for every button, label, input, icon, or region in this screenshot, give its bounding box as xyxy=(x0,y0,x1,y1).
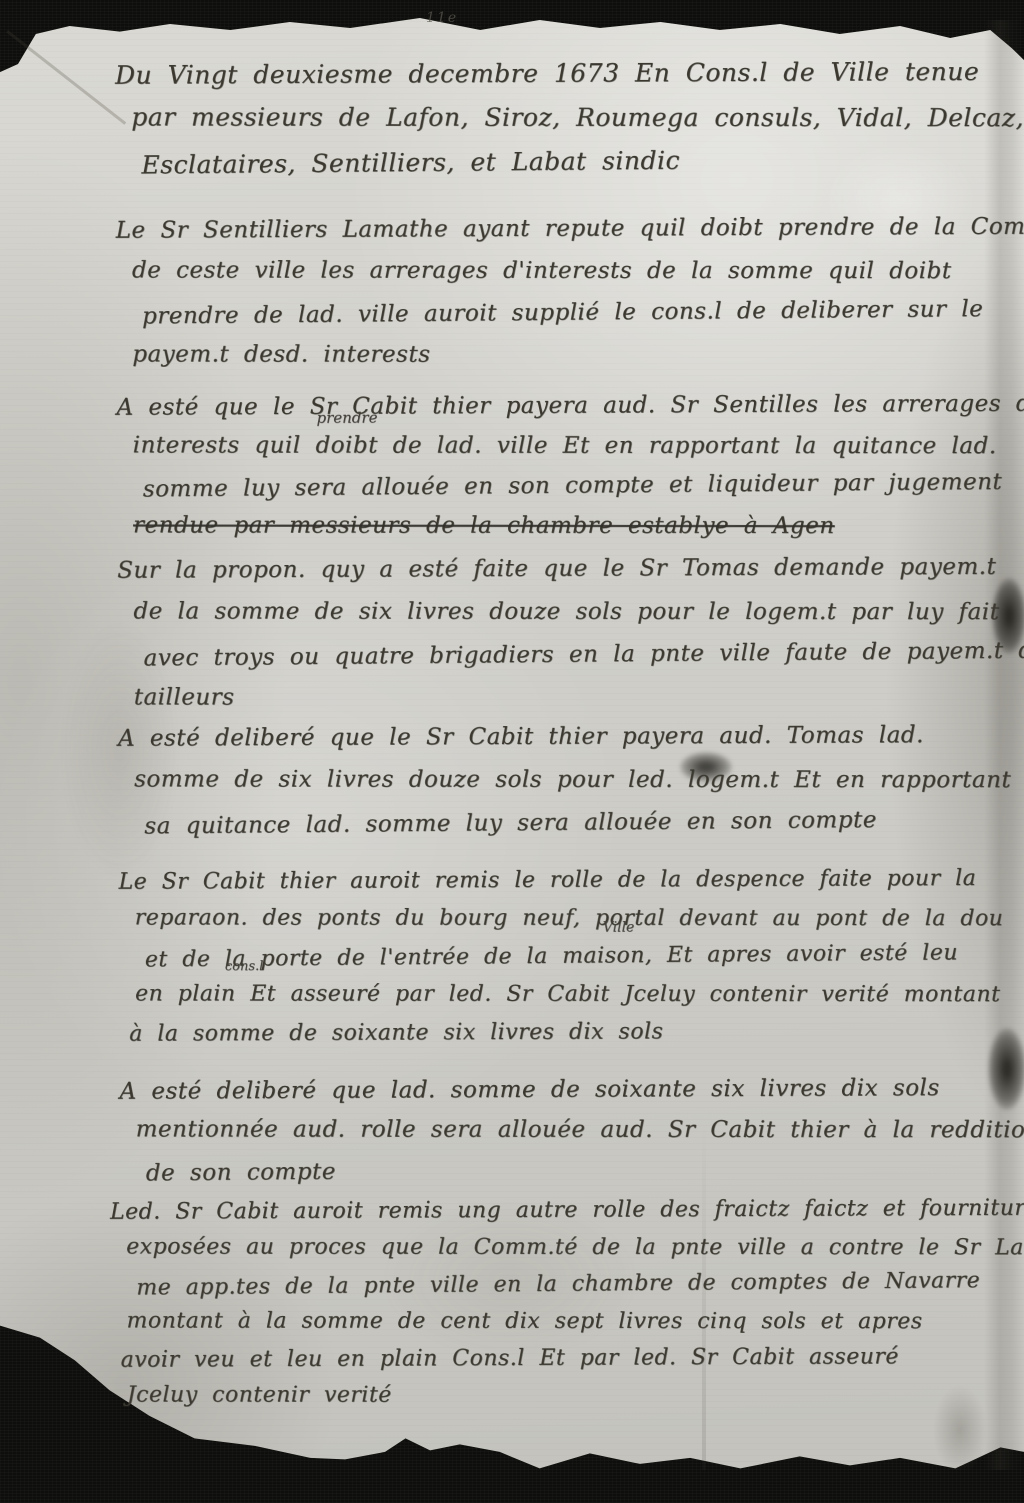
text-line: A esté que le Sr Cabit thier payera aud.… xyxy=(116,384,984,428)
paragraph-tomas-request: Sur la propon. quy a esté faite que le S… xyxy=(117,546,986,722)
text-line: reparaon. des ponts du bourg neuf, porta… xyxy=(135,899,987,938)
text-line: payem.t desd. interests xyxy=(132,333,984,376)
manuscript-scan-page: { "page": { "kind": "archival manuscript… xyxy=(0,0,1024,1503)
text-line: Jceluy contenir verité xyxy=(127,1376,979,1414)
text-line: somme luy sera allouée en son compte et … xyxy=(143,462,985,509)
text-line: par messieurs de Lafon, Siroz, Roumega c… xyxy=(131,95,983,140)
text-line: A esté deliberé que lad. somme de soixan… xyxy=(119,1068,987,1112)
text-line: Le Sr Sentilliers Lamathe ayant repute q… xyxy=(116,206,984,252)
paragraph-deliberation-rolle: A esté deliberé que lad. somme de soixan… xyxy=(119,1068,988,1192)
paragraph-deliberation-arrerages: A esté que le Sr Cabit thier payera aud.… xyxy=(116,384,985,548)
text-line: en plain Et asseuré par led. Sr Cabit Jc… xyxy=(135,975,987,1014)
paragraph-rolle-despence: Le Sr Cabit thier auroit remis le rolle … xyxy=(118,860,987,1054)
interline-insertion: Ville xyxy=(603,919,635,935)
text-line: de la somme de six livres douze sols pou… xyxy=(133,590,985,634)
handwritten-text-layer: Du Vingt deuxiesme decembre 1673 En Cons… xyxy=(0,0,1024,1503)
text-line: de son compte xyxy=(146,1146,988,1193)
text-line: avoir veu et leu en plain Cons.l Et par … xyxy=(121,1338,979,1379)
text-line-struck-through: rendue par messieurs de la chambre estab… xyxy=(133,505,985,546)
text-line: de ceste ville les arrerages d'interests… xyxy=(132,249,984,292)
text-line: Esclataires, Sentilliers, et Labat sindi… xyxy=(141,136,983,187)
text-line: somme de six livres douze sols pour led.… xyxy=(134,758,986,802)
paragraph-rolle-fraictz: Led. Sr Cabit auroit remis ung autre rol… xyxy=(110,1190,979,1416)
text-line: à la somme de soixante six livres dix so… xyxy=(129,1012,987,1054)
text-line: Sur la propon. quy a esté faite que le S… xyxy=(117,546,985,593)
interline-insertion: prendre xyxy=(317,409,378,427)
paragraph-request-sentilliers: Le Sr Sentilliers Lamathe ayant repute q… xyxy=(116,206,985,378)
text-line: Le Sr Cabit thier auroit remis le rolle … xyxy=(118,860,986,902)
text-line: mentionnée aud. rolle sera allouée aud. … xyxy=(136,1109,988,1150)
text-line: montant à la somme de cent dix sept livr… xyxy=(126,1302,978,1340)
text-line: prendre de lad. ville auroit supplié le … xyxy=(142,288,984,337)
text-line: et de la porte de l'entrée de la maison,… xyxy=(145,934,987,979)
text-line: A esté deliberé que le Sr Cabit thier pa… xyxy=(118,714,986,761)
paragraph-deliberation-tomas: A esté deliberé que le Sr Cabit thier pa… xyxy=(118,714,987,847)
text-line: Led. Sr Cabit auroit remis ung autre rol… xyxy=(110,1190,978,1231)
text-line: avec troys ou quatre brigadiers en la pn… xyxy=(143,630,985,680)
text-line: Du Vingt deuxiesme decembre 1673 En Cons… xyxy=(115,50,983,98)
text-line: exposées au proces que la Comm.té de la … xyxy=(126,1228,978,1266)
paragraph-heading-session: Du Vingt deuxiesme decembre 1673 En Cons… xyxy=(115,50,984,186)
text-line: sa quitance lad. somme luy sera allouée … xyxy=(144,798,986,848)
text-line: interests quil doibt de lad. ville Et en… xyxy=(133,425,985,466)
interline-insertion: cons.l xyxy=(225,959,264,974)
text-line: me app.tes de la pnte ville en la chambr… xyxy=(136,1262,978,1306)
